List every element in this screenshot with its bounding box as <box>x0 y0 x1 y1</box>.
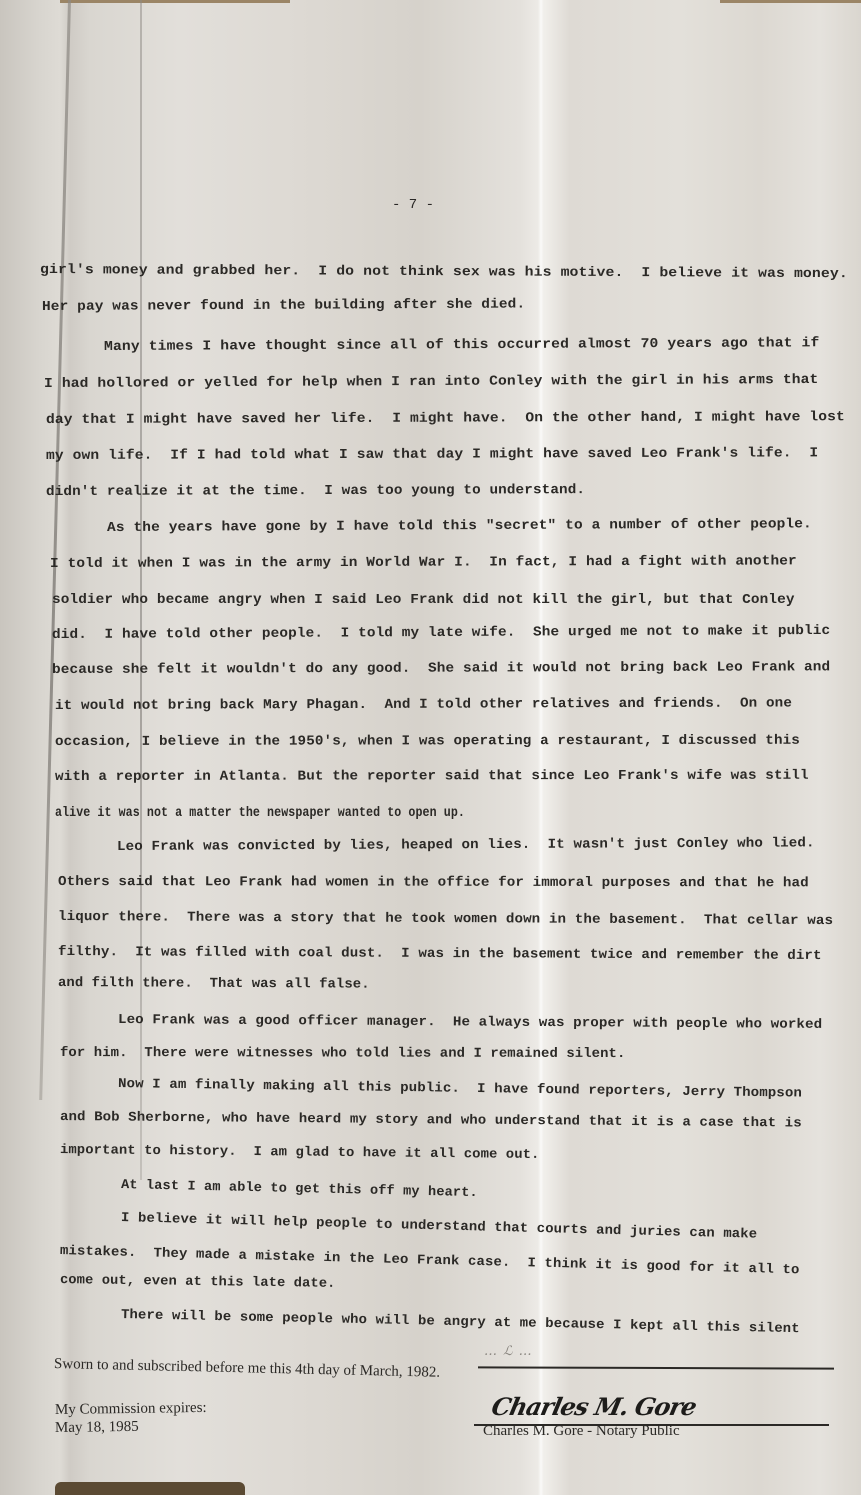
body-line: important to history. I am glad to have … <box>60 1143 540 1163</box>
body-line: mistakes. They made a mistake in the Leo… <box>60 1244 800 1278</box>
body-line: soldier who became angry when I said Leo… <box>52 593 795 608</box>
page-number: - 7 - <box>0 197 826 213</box>
body-line: Now I am finally making all this public.… <box>118 1077 802 1102</box>
body-line: filthy. It was filled with coal dust. I … <box>58 945 822 964</box>
body-line: As the years have gone by I have told th… <box>107 517 812 536</box>
body-line: Leo Frank was a good officer manager. He… <box>118 1013 822 1033</box>
body-line: girl's money and grabbed her. I do not t… <box>40 263 848 282</box>
body-line: come out, even at this late date. <box>60 1273 336 1292</box>
body-line: alive it was not a matter the newspaper … <box>55 806 465 821</box>
body-line: There will be some people who will be an… <box>121 1308 800 1337</box>
notary-name: Charles M. Gore - Notary Public <box>483 1423 680 1440</box>
body-line: I had hollored or yelled for help when I… <box>44 373 819 392</box>
date-handwriting: … ℒ … <box>484 1344 533 1359</box>
body-line: Leo Frank was convicted by lies, heaped … <box>117 836 815 855</box>
date-signature-line <box>478 1366 834 1369</box>
body-line: liquor there. There was a story that he … <box>58 910 833 929</box>
body-line: because she felt it wouldn't do any good… <box>52 660 830 678</box>
body-line: for him. There were witnesses who told l… <box>60 1046 625 1062</box>
body-line: with a reporter in Atlanta. But the repo… <box>55 769 809 785</box>
body-line: and filth there. That was all false. <box>58 976 370 993</box>
body-line: did. I have told other people. I told my… <box>52 624 830 643</box>
body-line: day that I might have saved her life. I … <box>46 410 845 428</box>
body-line: Others said that Leo Frank had women in … <box>58 875 809 891</box>
paper-crease <box>39 0 71 1100</box>
body-line: At last I am able to get this off my hea… <box>121 1178 478 1201</box>
body-line: I believe it will help people to underst… <box>121 1211 758 1243</box>
body-line: and Bob Sherborne, who have heard my sto… <box>60 1110 802 1131</box>
commission-date: May 18, 1985 <box>55 1419 139 1437</box>
body-line: Her pay was never found in the building … <box>42 297 525 315</box>
jurat-sworn-text: Sworn to and subscribed before me this 4… <box>54 1356 440 1382</box>
body-line: didn't realize it at the time. I was too… <box>46 483 585 500</box>
binder-clip <box>55 1482 245 1495</box>
body-line: my own life. If I had told what I saw th… <box>46 446 818 464</box>
body-line: occasion, I believe in the 1950's, when … <box>55 734 800 750</box>
document-page: - 7 - girl's money and grabbed her. I do… <box>0 0 861 1495</box>
page-top-edge-right <box>720 0 861 3</box>
body-line: it would not bring back Mary Phagan. And… <box>55 696 792 714</box>
paper-crease <box>140 0 142 1180</box>
body-line: Many times I have thought since all of t… <box>104 336 820 355</box>
commission-label: My Commission expires: <box>55 1400 207 1419</box>
body-line: I told it when I was in the army in Worl… <box>50 554 797 572</box>
notary-signature: Charles M. Gore <box>489 1392 699 1421</box>
page-top-edge <box>60 0 290 3</box>
